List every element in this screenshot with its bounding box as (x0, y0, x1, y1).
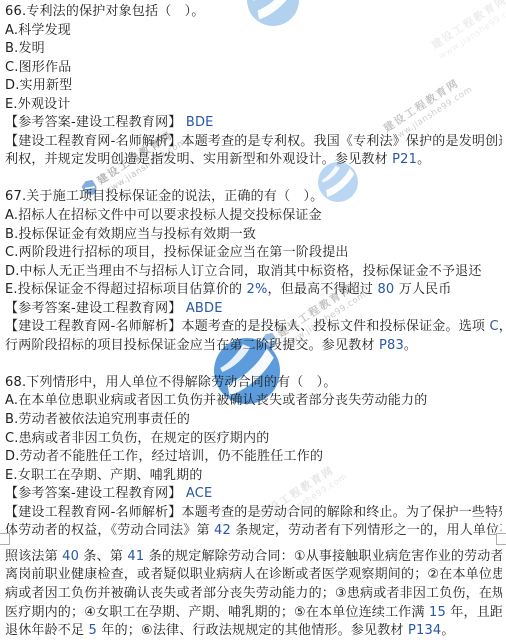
highlight-text: 2% (246, 282, 267, 297)
body-text: 年，且距法定 (446, 605, 502, 620)
highlight-text: 42 (214, 523, 231, 538)
body-text: 68.下列情形中，用人单位不得解除劳动合同的有（ ）。 (5, 375, 337, 390)
text-line: 医疗期内的；④女职工在孕期、产期、哺乳期的；⑤在本单位连续工作满 15 年，且距… (5, 604, 502, 623)
text-line: 病或者因工负伤并被确认丧失或者部分丧失劳动能力的；③患病或者非因工负伤，在规定的 (5, 585, 502, 604)
body-text: D.实用新型 (5, 78, 72, 93)
text-line: D.实用新型 (5, 77, 502, 96)
body-text: 利权，并规定发明创造是指发明、实用新型和外观设计。参见教材 (5, 152, 392, 167)
body-text: 66.专利法的保护对象包括（ ）。 (5, 4, 205, 19)
text-line: E.投标保证金不得超过招标项目估算价的 2%，但最高不得超过 80 万人民币 (5, 281, 502, 300)
body-text: 【参考答案-建设工程教育网】 (5, 115, 186, 130)
text-line: B.劳动者被依法追究刑事责任的 (5, 411, 502, 430)
body-text: 条规定，劳动者有下列情形之一的，用人单位不得依 (231, 523, 502, 538)
highlight-text: P83 (379, 338, 404, 353)
body-text: 体劳动者的权益，《劳动合同法》第 (5, 523, 214, 538)
text-lines: 66.专利法的保护对象包括（ ）。A.科学发现B.发明C.图形作品D.实用新型E… (5, 3, 502, 641)
text-line: E.女职工在孕期、产期、哺乳期的 (5, 467, 502, 486)
body-text: E.投标保证金不得超过招标项目估算价的 (5, 282, 246, 297)
body-text: 【参考答案-建设工程教育网】 (5, 301, 186, 316)
text-line: 【建设工程教育网-名师解析】本题考查的是专利权。我国《专利法》保护的是发明创造专 (5, 133, 502, 152)
body-text: B.劳动者被依法追究刑事责任的 (5, 412, 190, 427)
text-line: A.招标人在招标文件中可以要求投标人提交投标保证金 (5, 207, 502, 226)
highlight-text: P21 (392, 152, 417, 167)
text-line: 67.关于施工项目投标保证金的说法，正确的有（ ）。 (5, 188, 502, 207)
highlight-text: C (489, 319, 498, 334)
body-text: 67.关于施工项目投标保证金的说法，正确的有（ ）。 (5, 189, 323, 204)
highlight-text: ABDE (186, 301, 223, 316)
body-text: 【建设工程教育网-名师解析】本题考查的是专利权。我国《专利法》保护的是发明创造专 (5, 134, 502, 149)
body-text: 医疗期内的；④女职工在孕期、产期、哺乳期的；⑤在本单位连续工作满 (5, 605, 429, 620)
body-text: 病或者因工负伤并被确认丧失或者部分丧失劳动能力的；③患病或者非因工负伤，在规定的 (5, 586, 502, 601)
highlight-text: ACE (186, 486, 213, 501)
text-line: 【参考答案-建设工程教育网】 ABDE (5, 300, 502, 319)
body-text: 。 (404, 338, 417, 353)
page-break-corner (0, 533, 10, 545)
text-line: 体劳动者的权益，《劳动合同法》第 42 条规定，劳动者有下列情形之一的，用人单位… (5, 522, 502, 541)
body-text: 万人民币 (394, 282, 451, 297)
text-line: 【参考答案-建设工程教育网】 BDE (5, 114, 502, 133)
text-line: 行两阶段招标的项目投标保证金应当在第二阶段提交。参见教材 P83。 (5, 337, 502, 356)
text-line: 照该法第 40 条、第 41 条的规定解除劳动合同：①从事接触职业病危害作业的劳… (5, 548, 502, 567)
body-text: ，实 (499, 319, 502, 334)
text-line: D.劳动者不能胜任工作，经过培训，仍不能胜任工作的 (5, 448, 502, 467)
text-line: 离岗前职业健康检查，或者疑似职业病病人在诊断或者医学观察期间的；②在本单位患职业 (5, 566, 502, 585)
text-line: C.图形作品 (5, 59, 502, 78)
text-line: B.投标保证金有效期应当与投标有效期一致 (5, 226, 502, 245)
body-text: C.两阶段进行招标的项目，投标保证金应当在第一阶段提出 (5, 245, 349, 260)
highlight-text: BDE (186, 115, 214, 130)
text-line: 66.专利法的保护对象包括（ ）。 (5, 3, 502, 22)
body-text: 。 (417, 152, 430, 167)
text-line: B.发明 (5, 40, 502, 59)
document-page: 66.专利法的保护对象包括（ ）。A.科学发现B.发明C.图形作品D.实用新型E… (0, 0, 506, 641)
blank-line (5, 170, 502, 189)
body-text: B.投标保证金有效期应当与投标有效期一致 (5, 227, 256, 242)
body-text: 行两阶段招标的项目投标保证金应当在第二阶段提交。参见教材 (5, 338, 379, 353)
text-line: D.中标人无正当理由不与招标人订立合同，取消其中标资格，投标保证金不予退还 (5, 263, 502, 282)
body-text: 条、第 (79, 549, 127, 564)
body-text: 【建设工程教育网-名师解析】本题考查的是劳动合同的解除和终止。为了保护一些特殊群 (5, 505, 502, 520)
page-break (0, 541, 506, 548)
body-text: 【建设工程教育网-名师解析】本题考查的是投标人、投标文件和投标保证金。选项 (5, 319, 489, 334)
body-text: 离岗前职业健康检查，或者疑似职业病病人在诊断或者医学观察期间的；②在本单位患职业 (5, 567, 502, 582)
body-text: C.图形作品 (5, 60, 71, 75)
highlight-text: 41 (127, 549, 144, 564)
body-text: A.科学发现 (5, 23, 71, 38)
body-text: ，但最高不得超过 (268, 282, 378, 297)
body-text: C.患病或者非因工负伤，在规定的医疗期内的 (5, 431, 269, 446)
body-text: 【参考答案-建设工程教育网】 (5, 486, 186, 501)
text-line: C.两阶段进行招标的项目，投标保证金应当在第一阶段提出 (5, 244, 502, 263)
text-line: C.患病或者非因工负伤，在规定的医疗期内的 (5, 430, 502, 449)
body-text: A.招标人在招标文件中可以要求投标人提交投标保证金 (5, 208, 322, 223)
body-text: 照该法第 (5, 549, 62, 564)
page-break-corner (496, 533, 506, 545)
highlight-text: 80 (377, 282, 394, 297)
body-text: 。 (441, 623, 454, 638)
body-text: D.中标人无正当理由不与招标人订立合同，取消其中标资格，投标保证金不予退还 (5, 264, 482, 279)
highlight-text: P134 (408, 623, 441, 638)
body-text: A.在本单位患职业病或者因工负伤并被确认丧失或者部分丧失劳动能力的 (5, 393, 427, 408)
text-line: 【参考答案-建设工程教育网】 ACE (5, 485, 502, 504)
text-line: 【建设工程教育网-名师解析】本题考查的是投标人、投标文件和投标保证金。选项 C，… (5, 318, 502, 337)
blank-line (5, 355, 502, 374)
text-line: A.科学发现 (5, 22, 502, 41)
body-text: 条的规定解除劳动合同：①从事接触职业病危害作业的劳动者未进行 (144, 549, 502, 564)
body-text: 退休年龄不足 (5, 623, 89, 638)
text-line: 利权，并规定发明创造是指发明、实用新型和外观设计。参见教材 P21。 (5, 151, 502, 170)
text-line: 【建设工程教育网-名师解析】本题考查的是劳动合同的解除和终止。为了保护一些特殊群 (5, 504, 502, 523)
text-line: A.在本单位患职业病或者因工负伤并被确认丧失或者部分丧失劳动能力的 (5, 392, 502, 411)
highlight-text: 40 (62, 549, 79, 564)
body-text: B.发明 (5, 41, 45, 56)
highlight-text: 5 (89, 623, 97, 638)
text-line: 68.下列情形中，用人单位不得解除劳动合同的有（ ）。 (5, 374, 502, 393)
highlight-text: 15 (429, 605, 446, 620)
body-text: D.劳动者不能胜任工作，经过培训，仍不能胜任工作的 (5, 449, 323, 464)
body-text: E.外观设计 (5, 97, 71, 112)
body-text: E.女职工在孕期、产期、哺乳期的 (5, 468, 203, 483)
text-line: 退休年龄不足 5 年的；⑥法律、行政法规规定的其他情形。参见教材 P134。 (5, 622, 502, 641)
body-text: 年的；⑥法律、行政法规规定的其他情形。参见教材 (97, 623, 408, 638)
document-viewport: { "watermark": { "site_name": "建设工程教育网",… (0, 0, 506, 643)
text-line: E.外观设计 (5, 96, 502, 115)
